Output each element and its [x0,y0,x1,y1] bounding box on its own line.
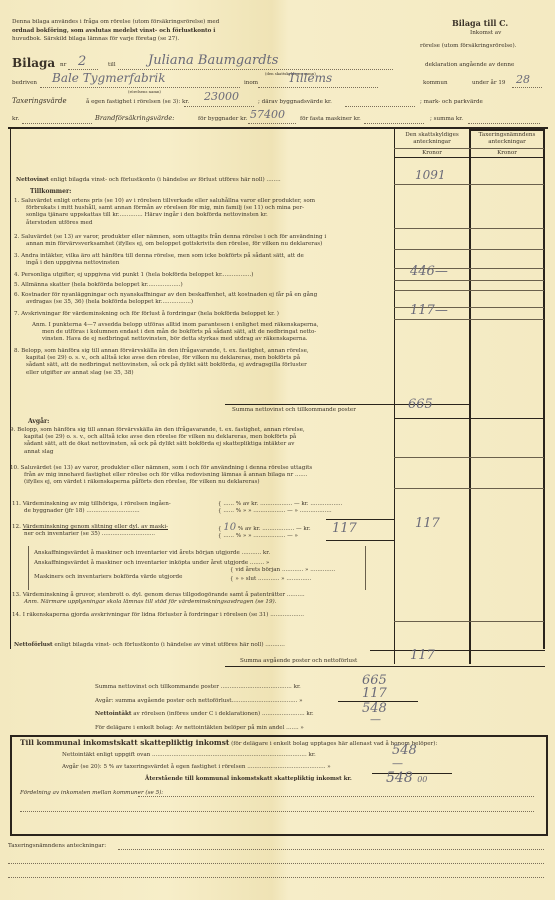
form-subtitle-2: rörelse (utom försäkringsrörelse). [420,43,516,50]
add-item-5: 5. Allmänna skatter (hela bokförda belop… [14,282,183,289]
municipal-tax-title: Till kommunal inkomstskatt skattepliktig… [20,738,229,747]
add-item-7-value[interactable]: 117— [410,303,448,318]
divider [8,127,548,129]
partner-share-value[interactable]: — [370,713,381,726]
board-col-top [469,129,545,131]
row-line [394,457,544,458]
item-11: 11. Värdeminskning av mig tillhöriga, i … [12,501,171,515]
year-value: 28 [516,73,530,86]
row-line [326,540,394,541]
subtotal-additions-label: Summa nettovinst och tillkommande poster [232,407,356,414]
form-title-right: Bilaga till C. [452,18,508,28]
breakdown-sub: vid årets början ............ » [235,567,308,573]
row-line [394,228,544,229]
row-line [394,418,544,419]
item-12: 12. Värdeminskning genom slitning eller … [12,524,168,538]
kommun-label: kommun [423,80,448,87]
municipal-net-value[interactable]: 548 [392,743,417,758]
municipal-tax-title-row: Till kommunal inkomstskatt skattepliktig… [20,739,437,748]
net-income-label: Nettointäkt [95,711,131,717]
add-item-8: 8. Belopp, som hänföra sig till annan fö… [14,348,309,377]
partner-share-text: För delägare i enkelt bolag: Av nettoint… [95,722,314,736]
note-line: vinsten. Hava de ej nedbringat nettovins… [32,336,319,343]
row-line [394,249,544,250]
item-number: 14. [12,612,21,618]
tax-value-label: Taxeringsvärde [12,98,67,105]
board-column-header: Taxeringsnämndens anteckningar [471,132,543,146]
bracket-left [28,546,29,590]
taxpayer-name-value: Juliana Baumgardts [148,53,278,68]
fire-insurance-label: Brandförsäkringsvärde: [95,115,175,122]
breakdown-line: Anskaffningsvärdet å maskiner och invent… [34,548,270,558]
remaining-ore: 00 [417,775,427,784]
header-line: Den skattskyldiges [395,132,469,139]
item-text: sonliga tjänare uppskattas till kr......… [14,212,315,219]
add-item-4-value[interactable]: 446— [410,264,448,279]
board-notes-field-2[interactable] [8,857,544,864]
net-profit-row: Nettovinst enligt bilagda vinst- och för… [16,177,281,184]
item-12-value[interactable]: 117 [415,516,440,531]
intro-line: huvudbok. Särskild bilaga lämnas för var… [12,35,219,44]
col-divider-1 [394,129,395,664]
tax-value-amount: 23000 [204,90,239,103]
row-line [394,488,544,489]
add-item-6: 6. Kostnader för nyanläggningar och nyan… [14,292,317,306]
municipal-remaining-row: Återstående till kommunal inkomstskatt s… [145,776,352,783]
summary-block: Summa nettovinst och tillkommande poster… [95,681,314,735]
row-line [394,319,544,320]
business-name-field[interactable]: Bale Tygmerfabrik [40,80,240,88]
summary-additions: Summa nettovinst och tillkommande poster… [95,681,314,695]
item-text: ner och inventarier (se 35) [24,531,100,537]
item-text: Värdeminskning å gruvor, stenbrott o. dy… [23,592,305,598]
row-line [370,650,545,651]
fire-total-field[interactable] [468,116,540,124]
board-notes-label: Taxeringsnämndens anteckningar: [8,843,106,850]
intro-line: Denna bilaga användes i fråga om rörelse… [12,18,219,27]
building-value-text: ; därav byggnadsvärde kr. [258,99,332,106]
year-field[interactable]: 28 [512,80,542,88]
item-number: 13. [12,592,21,598]
depreciation-percent-value[interactable]: 10 [223,522,236,533]
row-line [326,519,394,520]
item-text: sådant sätt, att de nedbringat nettovins… [14,362,309,369]
fire-buildings-text: för byggnader kr. [198,116,247,123]
table-border-left [10,129,11,649]
declaration-text: deklaration angående av denne [425,62,514,69]
col-divider-2 [469,129,471,664]
item-text: de byggnader (jfr 18) [24,508,85,514]
net-profit-value[interactable]: 1091 [415,168,446,182]
fire-buildings-amount: 57400 [250,108,285,121]
board-notes-field-1[interactable] [118,843,544,850]
avgar-heading: Avgår: [28,418,49,425]
bilaga-label: Bilaga [12,56,55,70]
item-text: 5. Allmänna skatter (hela bokförda belop… [14,282,183,289]
taxpayer-name-field[interactable]: Juliana Baumgardts [118,62,393,70]
item-text: Anm. Närmare upplysningar skola lämnas t… [24,599,276,605]
taxpayer-unit-label: Kronor [395,150,469,157]
board-notes-field-3[interactable] [8,871,544,878]
building-value-field[interactable] [345,99,415,107]
kr-label: kr. [12,116,19,123]
item-text: sådant sätt, att de ökat nettovinsten, s… [10,441,305,448]
bedriven-label: bedriven [12,80,37,87]
bilaga-nr-field[interactable]: 2 [68,62,98,70]
eq-label: — kr. [296,526,311,532]
net-loss-label: Nettoförlust [14,642,53,648]
land-value-field[interactable] [22,116,92,124]
municipality-value: Tillems [288,71,332,85]
add-item-7: 7. Avskrivningar för värdeminskning och … [14,311,279,318]
note-block: Anm. I punkterna 4—7 avsedda belopp utfö… [32,322,319,344]
item-12-calc: { 10 % av kr. .................. — kr. {… [218,524,311,540]
year-label: under år 19 [472,80,505,87]
net-loss-text: enligt bilagda vinst- och förlustkonto (… [54,642,263,648]
intro-line: ordnad bokföring, som avslutas medelst v… [12,27,219,36]
subtotal-additions-value[interactable]: 665 [408,397,433,412]
net-loss-row: Nettoförlust enligt bilagda vinst- och f… [14,642,285,649]
pct-label: % » » [236,533,252,539]
municipality-field[interactable]: Tillems [258,80,378,88]
col-head-bottom [394,157,544,158]
item-text: återstoden utföres med [14,220,315,227]
note-line: men de utföras i kolumnen endast i den m… [32,329,319,336]
item-text: (ifylles ej, om värdet i räkenskaperna p… [10,479,312,486]
till-label: till [108,62,116,69]
table-border-right [543,129,545,649]
item-text: 4. Personliga utgifter, ej uppgivna vid … [14,272,253,279]
col-head-divider [394,148,544,149]
row-line [225,666,545,667]
deduct-item-9: 9. Belopp, som hänföra sig till annan fö… [10,427,305,456]
add-item-4: 4. Personliga utgifter, ej uppgivna vid … [14,272,253,279]
remaining-kronor: 548 [386,770,413,786]
municipal-tax-box [10,735,548,836]
item-14: 14. I räkenskaperna gjorda avskrivningar… [12,612,304,619]
summary-deductions: Avgår: summa avgående poster och nettofö… [95,695,314,709]
item-text: annat slag [10,449,305,456]
form-subtitle-1: Inkomst av [470,30,501,37]
header-line: Taxeringsnämndens [471,132,543,139]
net-profit-label: Nettovinst [16,177,49,183]
summary-deductions-value[interactable]: 117 [362,686,387,701]
item-text: ingå i den uppgivna nettovinsten [14,260,304,267]
board-unit-label: Kronor [471,150,543,157]
bilaga-nr-value: 2 [78,54,86,69]
deduct-item-10: 10. Saluvärdet (se 13) av varor, produkt… [10,465,312,487]
subtotal-deductions-value[interactable]: 117 [410,648,435,663]
machinery-book-values: { vid årets början ............ » ......… [230,566,335,584]
tax-form-page: Denna bilaga användes i fråga om rörelse… [0,0,555,900]
row-line [394,621,544,622]
tillkommer-heading: Tillkommer: [30,188,71,195]
pct-label: % » » [236,508,252,514]
distribution-field-1[interactable] [138,790,534,797]
fire-machines-text: för fasta maskiner kr. [300,116,361,123]
municipal-remaining-value[interactable]: 548 00 [386,770,427,786]
municipal-deduct-value[interactable]: — [392,757,403,770]
breakdown-line: Maskiners och inventariers bokförda värd… [34,574,182,580]
land-value-text: ; mark- och parkvärde [420,99,483,106]
row-line [394,290,544,291]
tax-value-text: å egen fastighet i rörelsen (se 3): kr. [86,99,189,106]
pct-label: % av kr. [238,526,261,532]
subtotal-line [225,404,470,405]
item-text: I räkenskaperna gjorda avskrivningar för… [23,612,304,618]
intro-text: Denna bilaga användes i fråga om rörelse… [12,18,219,44]
item-number: 12. [12,524,21,530]
business-caption: (rörelsens namn) [128,89,161,94]
fire-total-text: ; summa kr. [430,116,463,123]
item-text: eller utgifter av annat slag (se 35, 38) [14,370,309,377]
business-name-value: Bale Tygmerfabrik [52,71,166,85]
item-12-subvalue[interactable]: 117 [332,521,357,536]
add-item-1: 1. Saluvärdet enligt ortens pris (se 10)… [14,198,315,227]
breakdown-sub: » » slut ............ » [235,576,284,582]
item-number: 11. [12,501,21,507]
eq-label: — » [287,508,298,514]
fire-buildings-field[interactable]: 57400 [248,116,296,124]
eq-label: — » [287,533,298,539]
item-text: Värdeminskning genom slitning eller dyl.… [23,524,168,530]
item-13: 13. Värdeminskning å gruvor, stenbrott o… [12,592,305,606]
municipal-deduct-row: Avgår (se 20): 5 % av taxeringsvärdet å … [62,764,331,771]
row-line [394,184,544,185]
pct-label: % av kr. [236,501,259,507]
header-line: anteckningar [395,139,469,146]
item-text: 7. Avskrivningar för värdeminskning och … [14,311,279,318]
taxpayer-column-header: Den skattskyldiges anteckningar [395,132,469,146]
distribution-field-2[interactable] [20,805,534,812]
net-income-text: av rörelsen (införes under C i deklarati… [133,711,313,717]
bracket-right [365,546,366,590]
item-text: avdragas (se 35, 36) (hela bokförda belo… [14,299,317,306]
row-line [394,280,544,281]
add-item-2: 2. Saluvärdet (se 13) av varor, produkte… [14,234,326,248]
eq-label: — kr. [294,501,309,507]
net-profit-text: enligt bilagda vinst- och förlustkonto (… [51,177,265,183]
municipal-net-row: Nettointäkt enligt uppgift ovan ........… [62,752,316,759]
add-item-3: 3. Andra intäkter, vilka äro att hänföra… [14,253,304,267]
header-line: anteckningar [471,139,543,146]
subtotal-deductions-label: Summa avgående poster och nettoförlust [240,658,357,665]
nr-label: nr [60,62,66,69]
tax-value-field[interactable]: 23000 [184,99,254,107]
item-text: annan min förvärvsverksamhet (ifylles ej… [14,241,326,248]
fire-machines-field[interactable] [364,116,424,124]
item-text: Värdeminskning av mig tillhöriga, i röre… [23,501,171,507]
item-11-calc: { ...... % av kr. .................. — k… [218,501,342,515]
inom-label: inom [244,80,258,87]
